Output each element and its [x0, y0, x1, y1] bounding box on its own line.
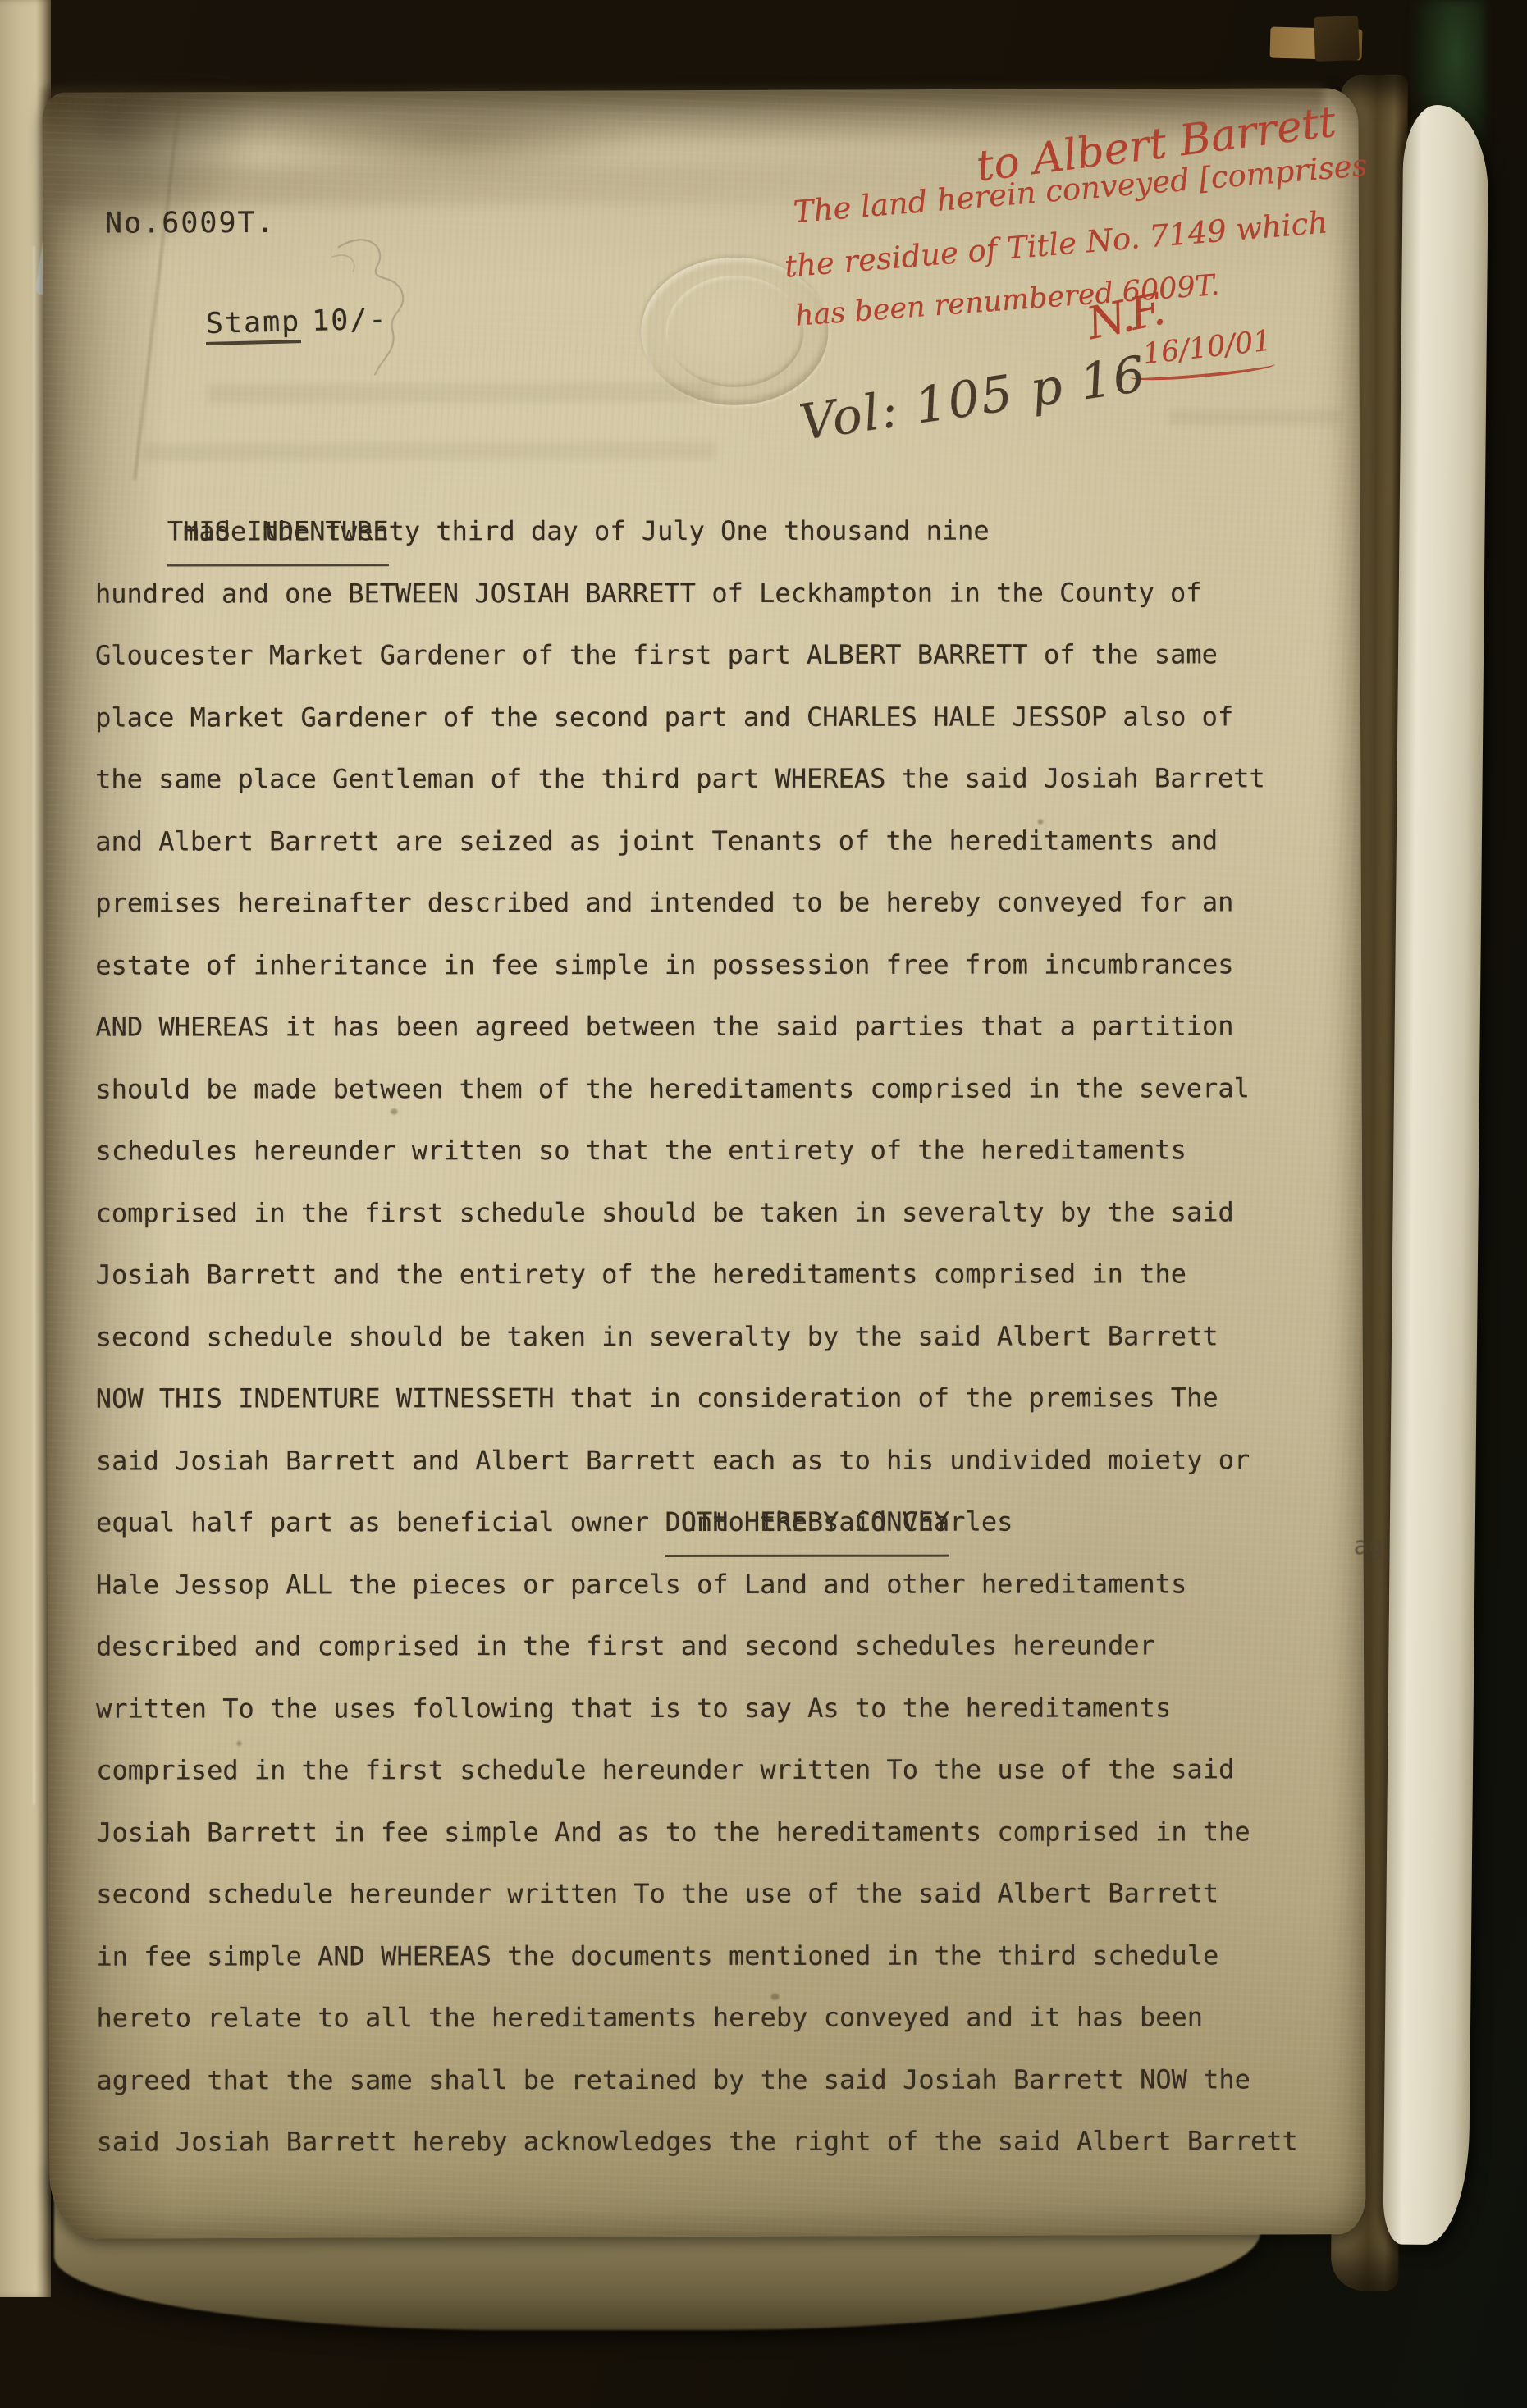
foxing-speck: [771, 1994, 780, 2000]
document-line: agreed that the same shall be retained b…: [96, 2049, 1351, 2112]
document-line: estate of inheritance in fee simple in p…: [95, 934, 1351, 997]
document-line: second schedule should be taken in sever…: [96, 1305, 1351, 1368]
document-line: and Albert Barrett are seized as joint T…: [95, 810, 1351, 873]
document-line: THIS INDENTURE made the twenty third day…: [95, 500, 1351, 563]
document-line: should be made between them of the hered…: [95, 1058, 1351, 1121]
stamp-label: Stamp: [205, 305, 300, 345]
document-line: hereto relate to all the hereditaments h…: [96, 1986, 1351, 2049]
document-line: AND WHEREAS it has been agreed between t…: [95, 995, 1351, 1058]
document-page: No.6009T. Stamp10/- to Albert Barrett Th…: [42, 88, 1365, 2239]
document-line: Josiah Barrett and the entirety of the h…: [96, 1243, 1351, 1306]
document-line: place Market Gardener of the second part…: [95, 686, 1351, 749]
document-line: Gloucester Market Gardener of the first …: [95, 624, 1351, 687]
document-line: said Josiah Barrett hereby acknowledges …: [97, 2110, 1352, 2173]
document-line: in fee simple AND WHEREAS the documents …: [96, 1925, 1351, 1988]
reference-number: No.6009T.: [105, 207, 276, 240]
document-line: equal half part as beneficial owner DOTH…: [96, 1491, 1351, 1554]
scanned-indenture-photo: No.6009T. Stamp10/- to Albert Barrett Th…: [0, 0, 1527, 2408]
bleed-through-ghost-text: [208, 382, 716, 404]
foxing-speck: [1038, 820, 1044, 825]
document-line: second schedule hereunder written To the…: [96, 1862, 1351, 1926]
document-line: hundred and one BETWEEN JOSIAH BARRETT o…: [95, 562, 1351, 625]
volume-page-note: Vol: 105 p 16: [796, 345, 1150, 452]
document-line: premises hereinafter described and inten…: [95, 871, 1351, 934]
underlined-phrase: THIS INDENTURE: [167, 500, 389, 566]
left-page-crease: [33, 246, 35, 1805]
document-line: said Josiah Barrett and Albert Barrett e…: [96, 1429, 1351, 1492]
stamp-duty-line: Stamp10/-: [91, 271, 389, 377]
document-line: the same place Gentleman of the third pa…: [95, 747, 1351, 811]
document-line: written To the uses following that is to…: [96, 1677, 1351, 1740]
foxing-speck: [236, 1741, 241, 1746]
document-line: Josiah Barrett in fee simple And as to t…: [96, 1801, 1351, 1864]
bleed-through-ghost-text: [1169, 409, 1342, 425]
stamp-value: 10/-: [312, 304, 388, 338]
document-body: THIS INDENTURE made the twenty third day…: [95, 500, 1352, 2173]
bleed-through-ghost-text: [142, 441, 716, 461]
document-line: Hale Jessop ALL the pieces or parcels of…: [96, 1553, 1351, 1616]
underlined-phrase: DOTH HEREBY CONVEY: [665, 1492, 949, 1557]
next-page-text-fragment: ag: [1354, 1532, 1383, 1560]
foxing-speck: [391, 1108, 398, 1114]
document-line: comprised in the first schedule should b…: [96, 1181, 1351, 1245]
binding-tab-dark: [1314, 16, 1360, 62]
document-line: schedules hereunder written so that the …: [96, 1119, 1351, 1182]
document-line: NOW THIS INDENTURE WITNESSETH that in co…: [96, 1367, 1351, 1430]
document-line: described and comprised in the first and…: [96, 1615, 1351, 1678]
document-line: comprised in the first schedule hereunde…: [96, 1739, 1351, 1802]
